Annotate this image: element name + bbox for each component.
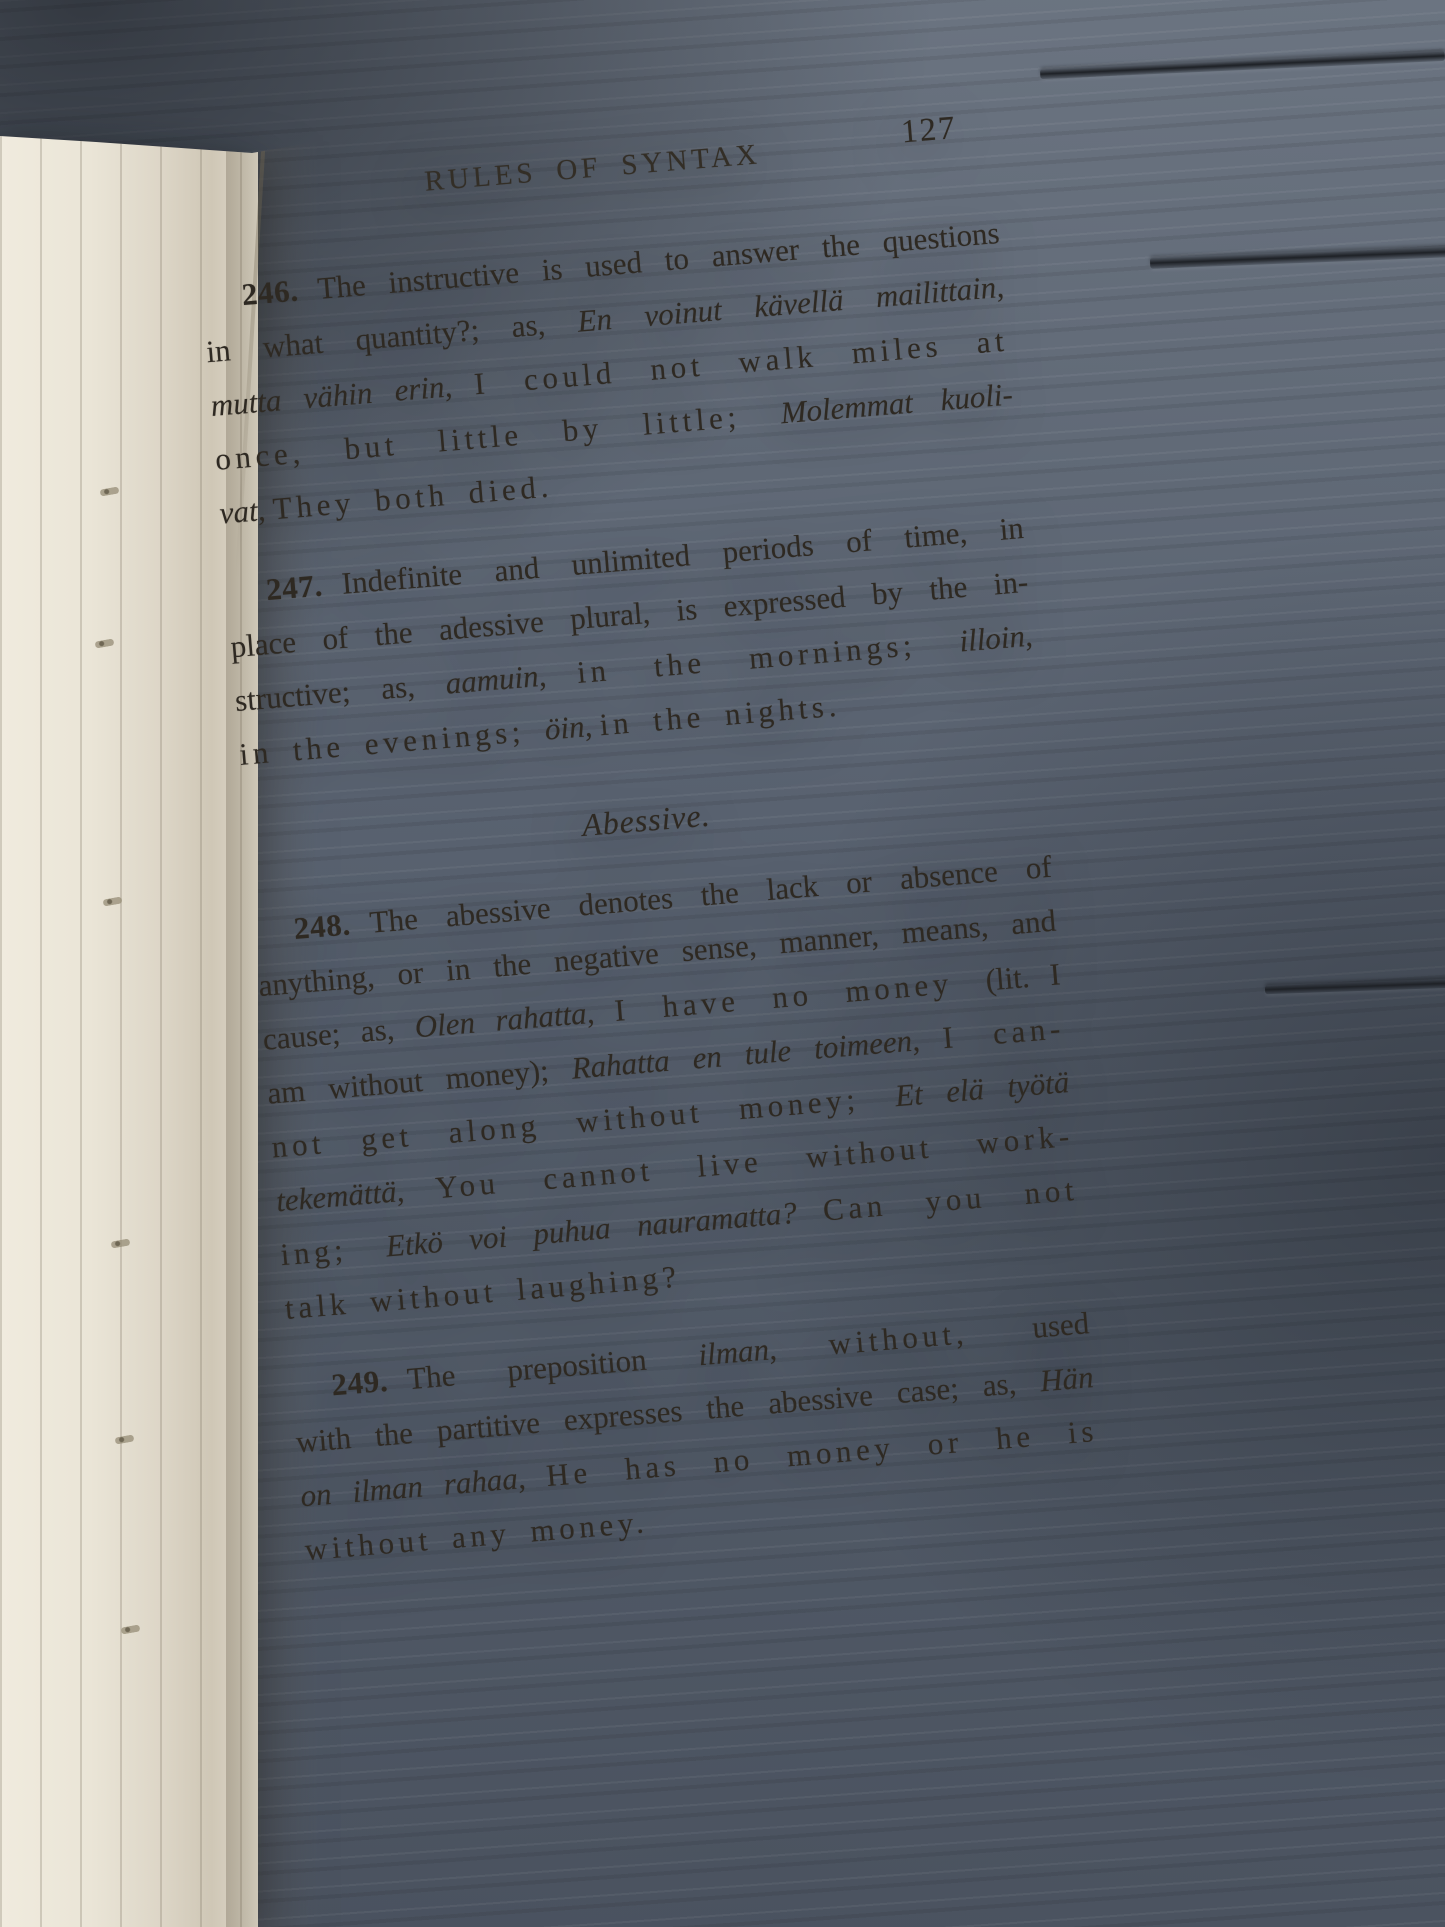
text-run: cause; as, [261, 1010, 416, 1057]
finnish-italic-run: ilman, [697, 1327, 830, 1373]
finnish-italic-run: vat, [218, 491, 274, 530]
paragraph-249: 249.The preposition ilman, without, used… [289, 1296, 1104, 1577]
paragraph-number: 247. [265, 568, 324, 608]
finnish-italic-run: Hän [1039, 1359, 1095, 1398]
finnish-italic-run: aamuin, [444, 655, 578, 701]
paragraph-248: 248.The abessive denotes the lack or abs… [252, 840, 1085, 1336]
finnish-italic-run: Olen rahatta, [413, 993, 616, 1044]
finnish-italic-run: Molemmat kuoli- [779, 376, 1014, 430]
letterspaced-run: without, [827, 1310, 1034, 1362]
running-head: RULES OF SYNTAX [192, 108, 994, 227]
text-run: used [1031, 1305, 1091, 1345]
finnish-italic-run: öin, [543, 707, 601, 746]
letterspaced-run: ing; [279, 1229, 387, 1273]
book-photo-scene: RULES OF SYNTAX 127 246.The instructive … [0, 0, 1445, 1927]
finnish-italic-run: illoin, [958, 618, 1034, 659]
text-run: (lit. I [984, 956, 1062, 997]
paragraph-247: 247.Indefinite and unlimited periods of … [224, 501, 1039, 782]
paragraph-number: 248. [293, 906, 352, 946]
page-text: RULES OF SYNTAX 127 246.The instructive … [188, 62, 1104, 1577]
letterspaced-run: in the nights. [598, 688, 842, 743]
finnish-italic-run: on ilman rahaa, [299, 1458, 548, 1513]
page-header: RULES OF SYNTAX 127 [192, 108, 994, 233]
letterspaced-run: Can you not [822, 1172, 1080, 1228]
finnish-italic-run: Et elä työtä [894, 1064, 1071, 1113]
book-page: RULES OF SYNTAX 127 246.The instructive … [0, 0, 1445, 1927]
open-book: RULES OF SYNTAX 127 246.The instructive … [0, 0, 1445, 1927]
text-run: structive; as, [234, 666, 447, 718]
page-number: 127 [899, 101, 959, 159]
finnish-italic-run: tekemättä, [275, 1170, 437, 1218]
paragraph-number: 246. [240, 273, 299, 313]
paragraph-246: 246.The instructive is used to answer th… [200, 206, 1019, 541]
paragraph-number: 249. [330, 1363, 389, 1403]
paragraphs: 246.The instructive is used to answer th… [200, 206, 1105, 1577]
letterspaced-run: I can- [941, 1010, 1066, 1055]
